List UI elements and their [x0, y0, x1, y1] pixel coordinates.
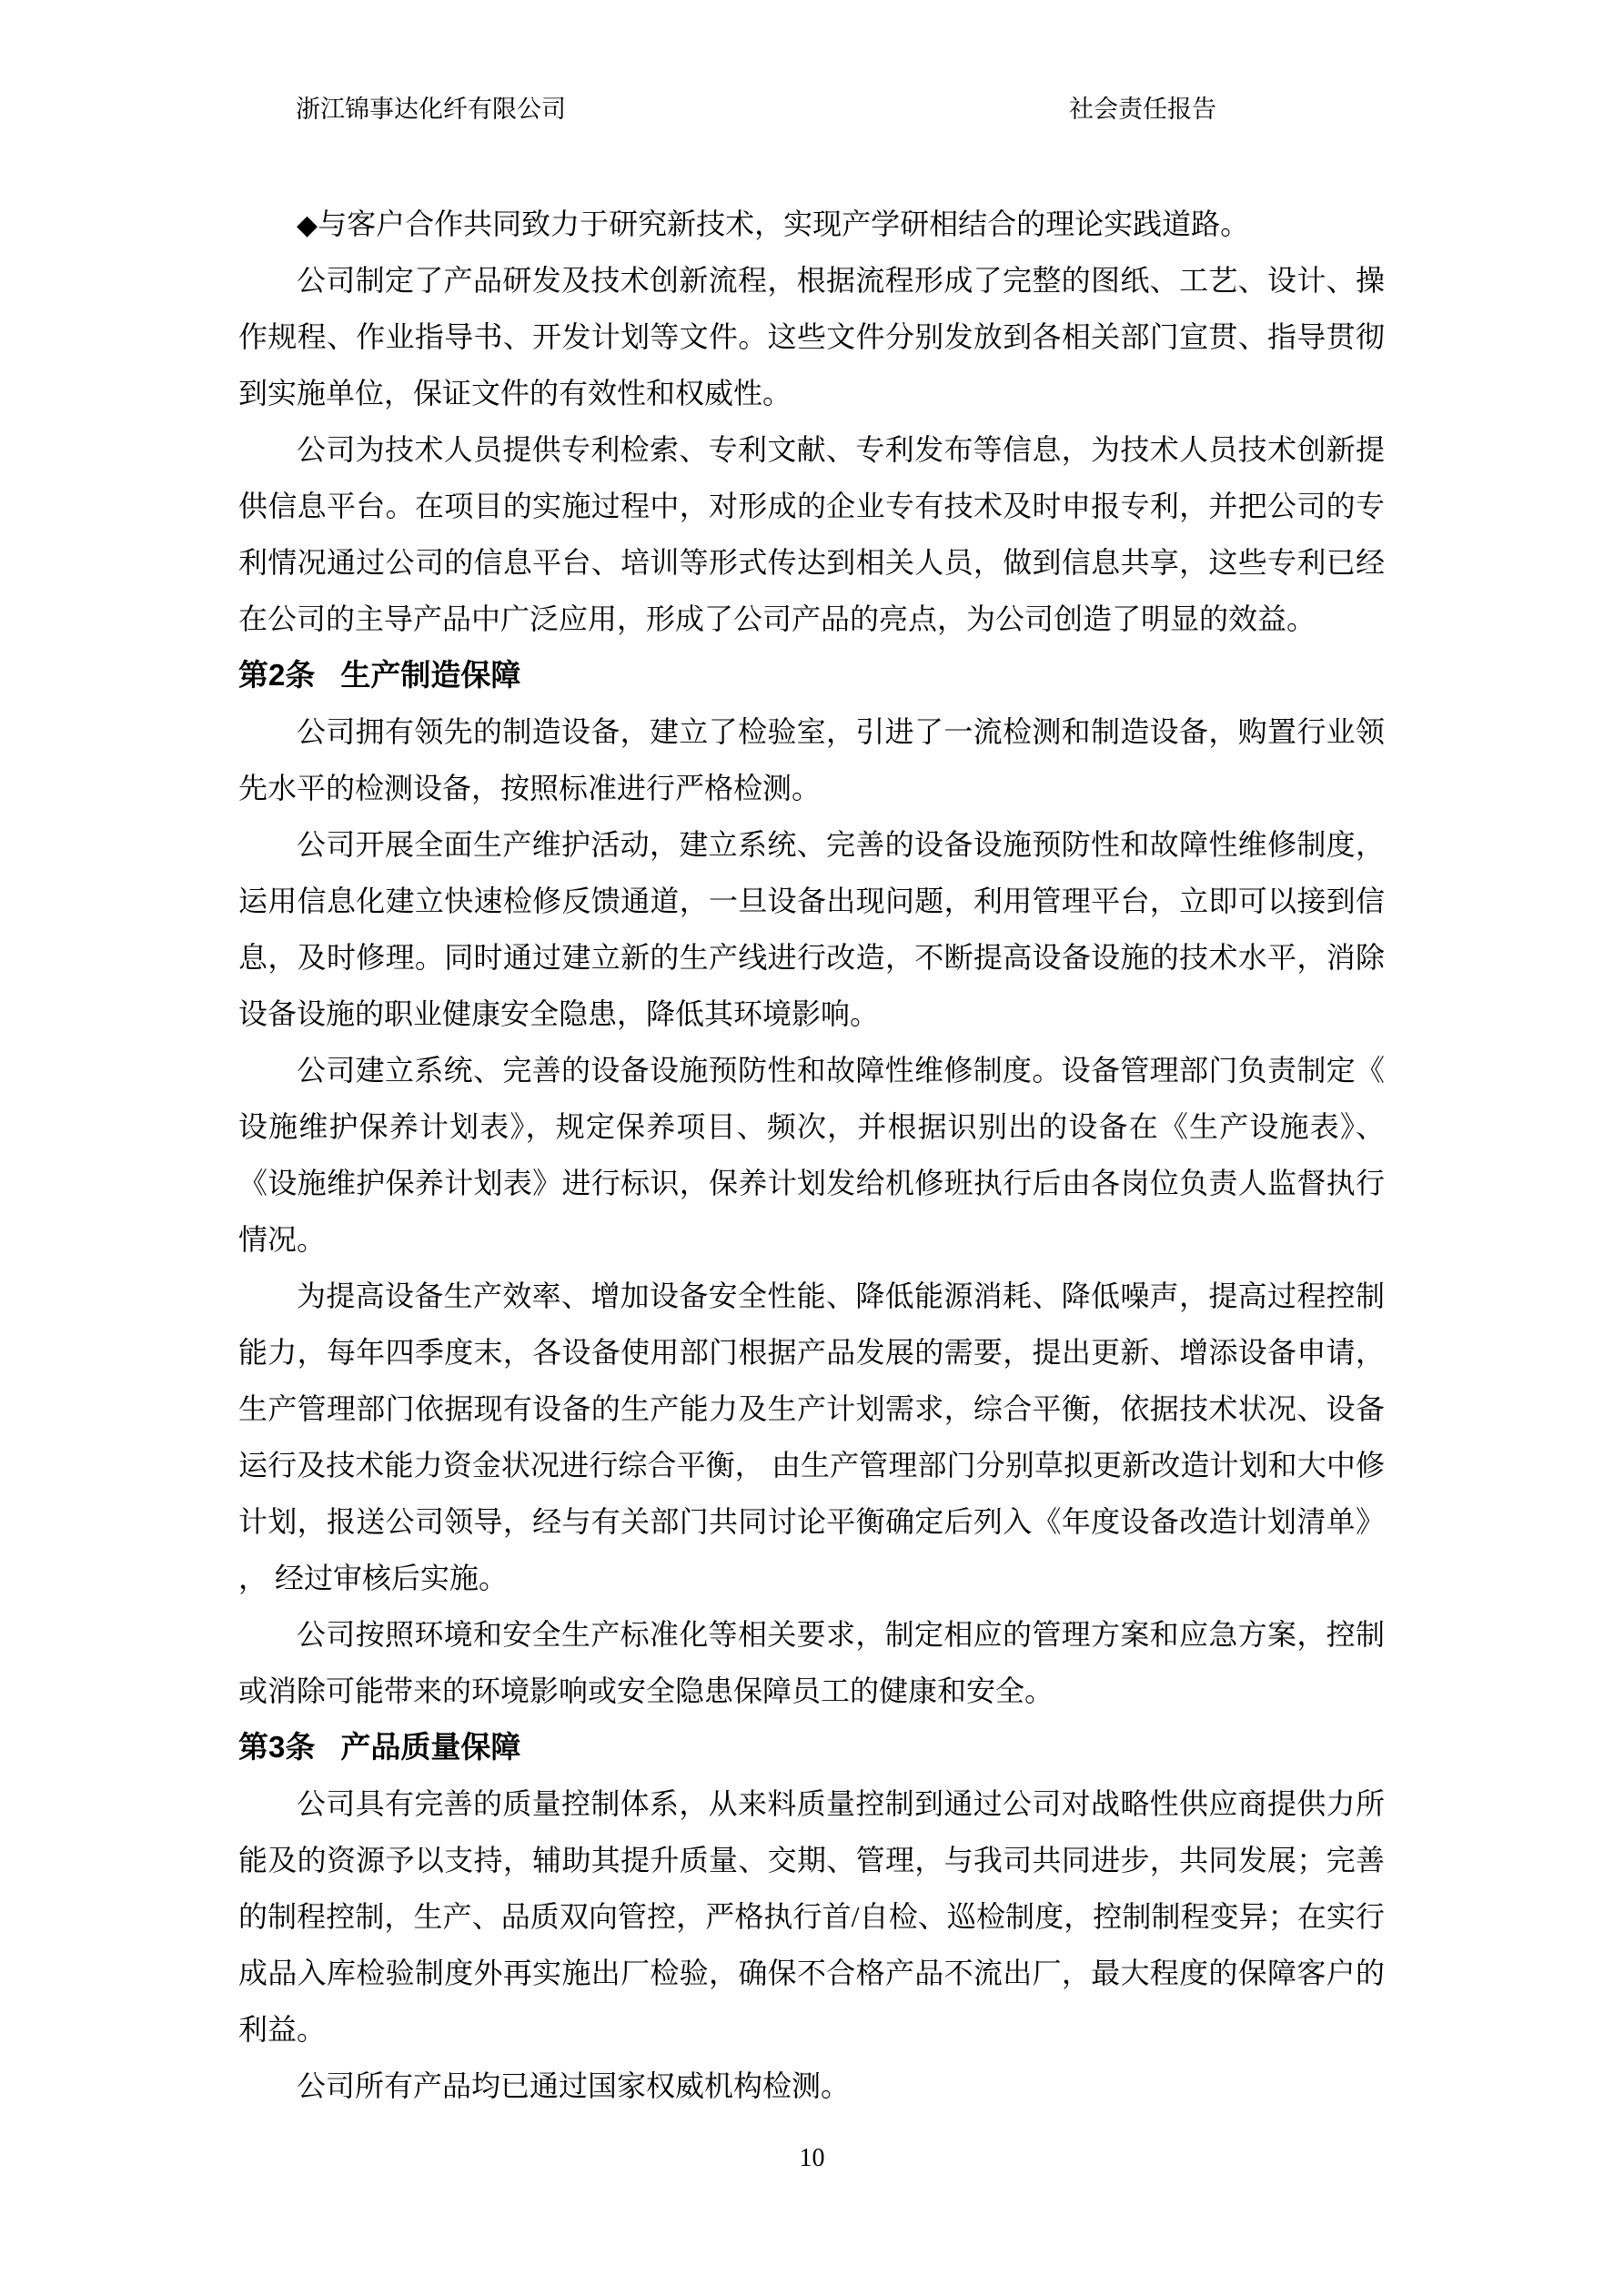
paragraph-line: 公司所有产品均已通过国家权威机构检测。	[238, 2058, 1385, 2114]
heading-title: 生产制造保障	[340, 658, 520, 692]
diamond-bullet-icon: ◆	[297, 210, 318, 240]
heading-number: 第2条	[238, 658, 315, 692]
paragraph-line: 到实施单位，保证文件的有效性和权威性。	[238, 365, 1385, 421]
heading-number: 第3条	[238, 1730, 315, 1764]
paragraph-line: 生产管理部门依据现有设备的生产能力及生产计划需求，综合平衡，依据技术状况、设备	[238, 1381, 1385, 1437]
paragraph-line: 能力，每年四季度末，各设备使用部门根据产品发展的需要，提出更新、增添设备申请，	[238, 1324, 1385, 1381]
section-heading-2: 第2条生产制造保障	[238, 647, 1385, 703]
paragraph-line: 公司具有完善的质量控制体系，从来料质量控制到通过公司对战略性供应商提供力所	[238, 1775, 1385, 1832]
document-page: 浙江锦事达化纤有限公司 社会责任报告 ◆与客户合作共同致力于研究新技术，实现产学…	[0, 0, 1624, 2296]
paragraph-line: 情况。	[238, 1211, 1385, 1268]
paragraph-line: 公司建立系统、完善的设备设施预防性和故障性维修制度。设备管理部门负责制定《	[238, 1042, 1385, 1098]
paragraph-line: 的制程控制，生产、品质双向管控，严格执行首/自检、巡检制度，控制制程变异；在实行	[238, 1888, 1385, 1945]
paragraph-line: 设备设施的职业健康安全隐患，降低其环境影响。	[238, 986, 1385, 1042]
paragraph-line: 作规程、作业指导书、开发计划等文件。这些文件分别发放到各相关部门宣贯、指导贯彻	[238, 308, 1385, 365]
paragraph-line: 公司开展全面生产维护活动，建立系统、完善的设备设施预防性和故障性维修制度，	[238, 816, 1385, 873]
bullet-line: ◆与客户合作共同致力于研究新技术，实现产学研相结合的理论实践道路。	[238, 196, 1385, 252]
paragraph-line: 公司为技术人员提供专利检索、专利文献、专利发布等信息，为技术人员技术创新提	[238, 421, 1385, 478]
page-number: 10	[800, 2144, 825, 2172]
header-company-name: 浙江锦事达化纤有限公司	[296, 94, 566, 125]
paragraph-line: 或消除可能带来的环境影响或安全隐患保障员工的健康和安全。	[238, 1663, 1385, 1719]
paragraph-line: 运用信息化建立快速检修反馈通道，一旦设备出现问题，利用管理平台，立即可以接到信	[238, 873, 1385, 929]
paragraph-line: 计划，报送公司领导，经与有关部门共同讨论平衡确定后列入《年度设备改造计划清单》	[238, 1493, 1385, 1550]
paragraph-line: 利情况通过公司的信息平台、培训等形式传达到相关人员，做到信息共享，这些专利已经	[238, 534, 1385, 591]
paragraph-line: 为提高设备生产效率、增加设备安全性能、降低能源消耗、降低噪声，提高过程控制	[238, 1268, 1385, 1324]
paragraph-line: 设施维护保养计划表》，规定保养项目、频次，并根据识别出的设备在《生产设施表》、	[238, 1098, 1385, 1155]
page-footer: 10	[0, 2144, 1624, 2173]
paragraph-line: 先水平的检测设备，按照标准进行严格检测。	[238, 760, 1385, 816]
bullet-line-text: 与客户合作共同致力于研究新技术，实现产学研相结合的理论实践道路。	[318, 207, 1249, 240]
paragraph-line: 公司按照环境和安全生产标准化等相关要求，制定相应的管理方案和应急方案，控制	[238, 1606, 1385, 1663]
heading-title: 产品质量保障	[340, 1730, 520, 1764]
page-header: 浙江锦事达化纤有限公司 社会责任报告	[0, 94, 1624, 125]
paragraph-line: 在公司的主导产品中广泛应用，形成了公司产品的亮点，为公司创造了明显的效益。	[238, 591, 1385, 647]
paragraph-line: 利益。	[238, 2001, 1385, 2058]
paragraph-line: 运行及技术能力资金状况进行综合平衡， 由生产管理部门分别草拟更新改造计划和大中修	[238, 1437, 1385, 1493]
paragraph-line: 公司拥有领先的制造设备，建立了检验室，引进了一流检测和制造设备，购置行业领	[238, 703, 1385, 760]
paragraph-line: 息，及时修理。同时通过建立新的生产线进行改造，不断提高设备设施的技术水平，消除	[238, 929, 1385, 986]
paragraph-line: 《设施维护保养计划表》进行标识，保养计划发给机修班执行后由各岗位负责人监督执行	[238, 1155, 1385, 1211]
section-heading-3: 第3条产品质量保障	[238, 1719, 1385, 1775]
paragraph-line: 成品入库检验制度外再实施出厂检验，确保不合格产品不流出厂，最大程度的保障客户的	[238, 1945, 1385, 2001]
paragraph-line: 能及的资源予以支持，辅助其提升质量、交期、管理，与我司共同进步，共同发展；完善	[238, 1832, 1385, 1888]
document-body: ◆与客户合作共同致力于研究新技术，实现产学研相结合的理论实践道路。 公司制定了产…	[238, 196, 1385, 2114]
paragraph-line: ， 经过审核后实施。	[238, 1550, 1385, 1606]
paragraph-line: 供信息平台。在项目的实施过程中，对形成的企业专有技术及时申报专利，并把公司的专	[238, 478, 1385, 534]
header-report-title: 社会责任报告	[1069, 94, 1216, 125]
paragraph-line: 公司制定了产品研发及技术创新流程，根据流程形成了完整的图纸、工艺、设计、操	[238, 252, 1385, 308]
